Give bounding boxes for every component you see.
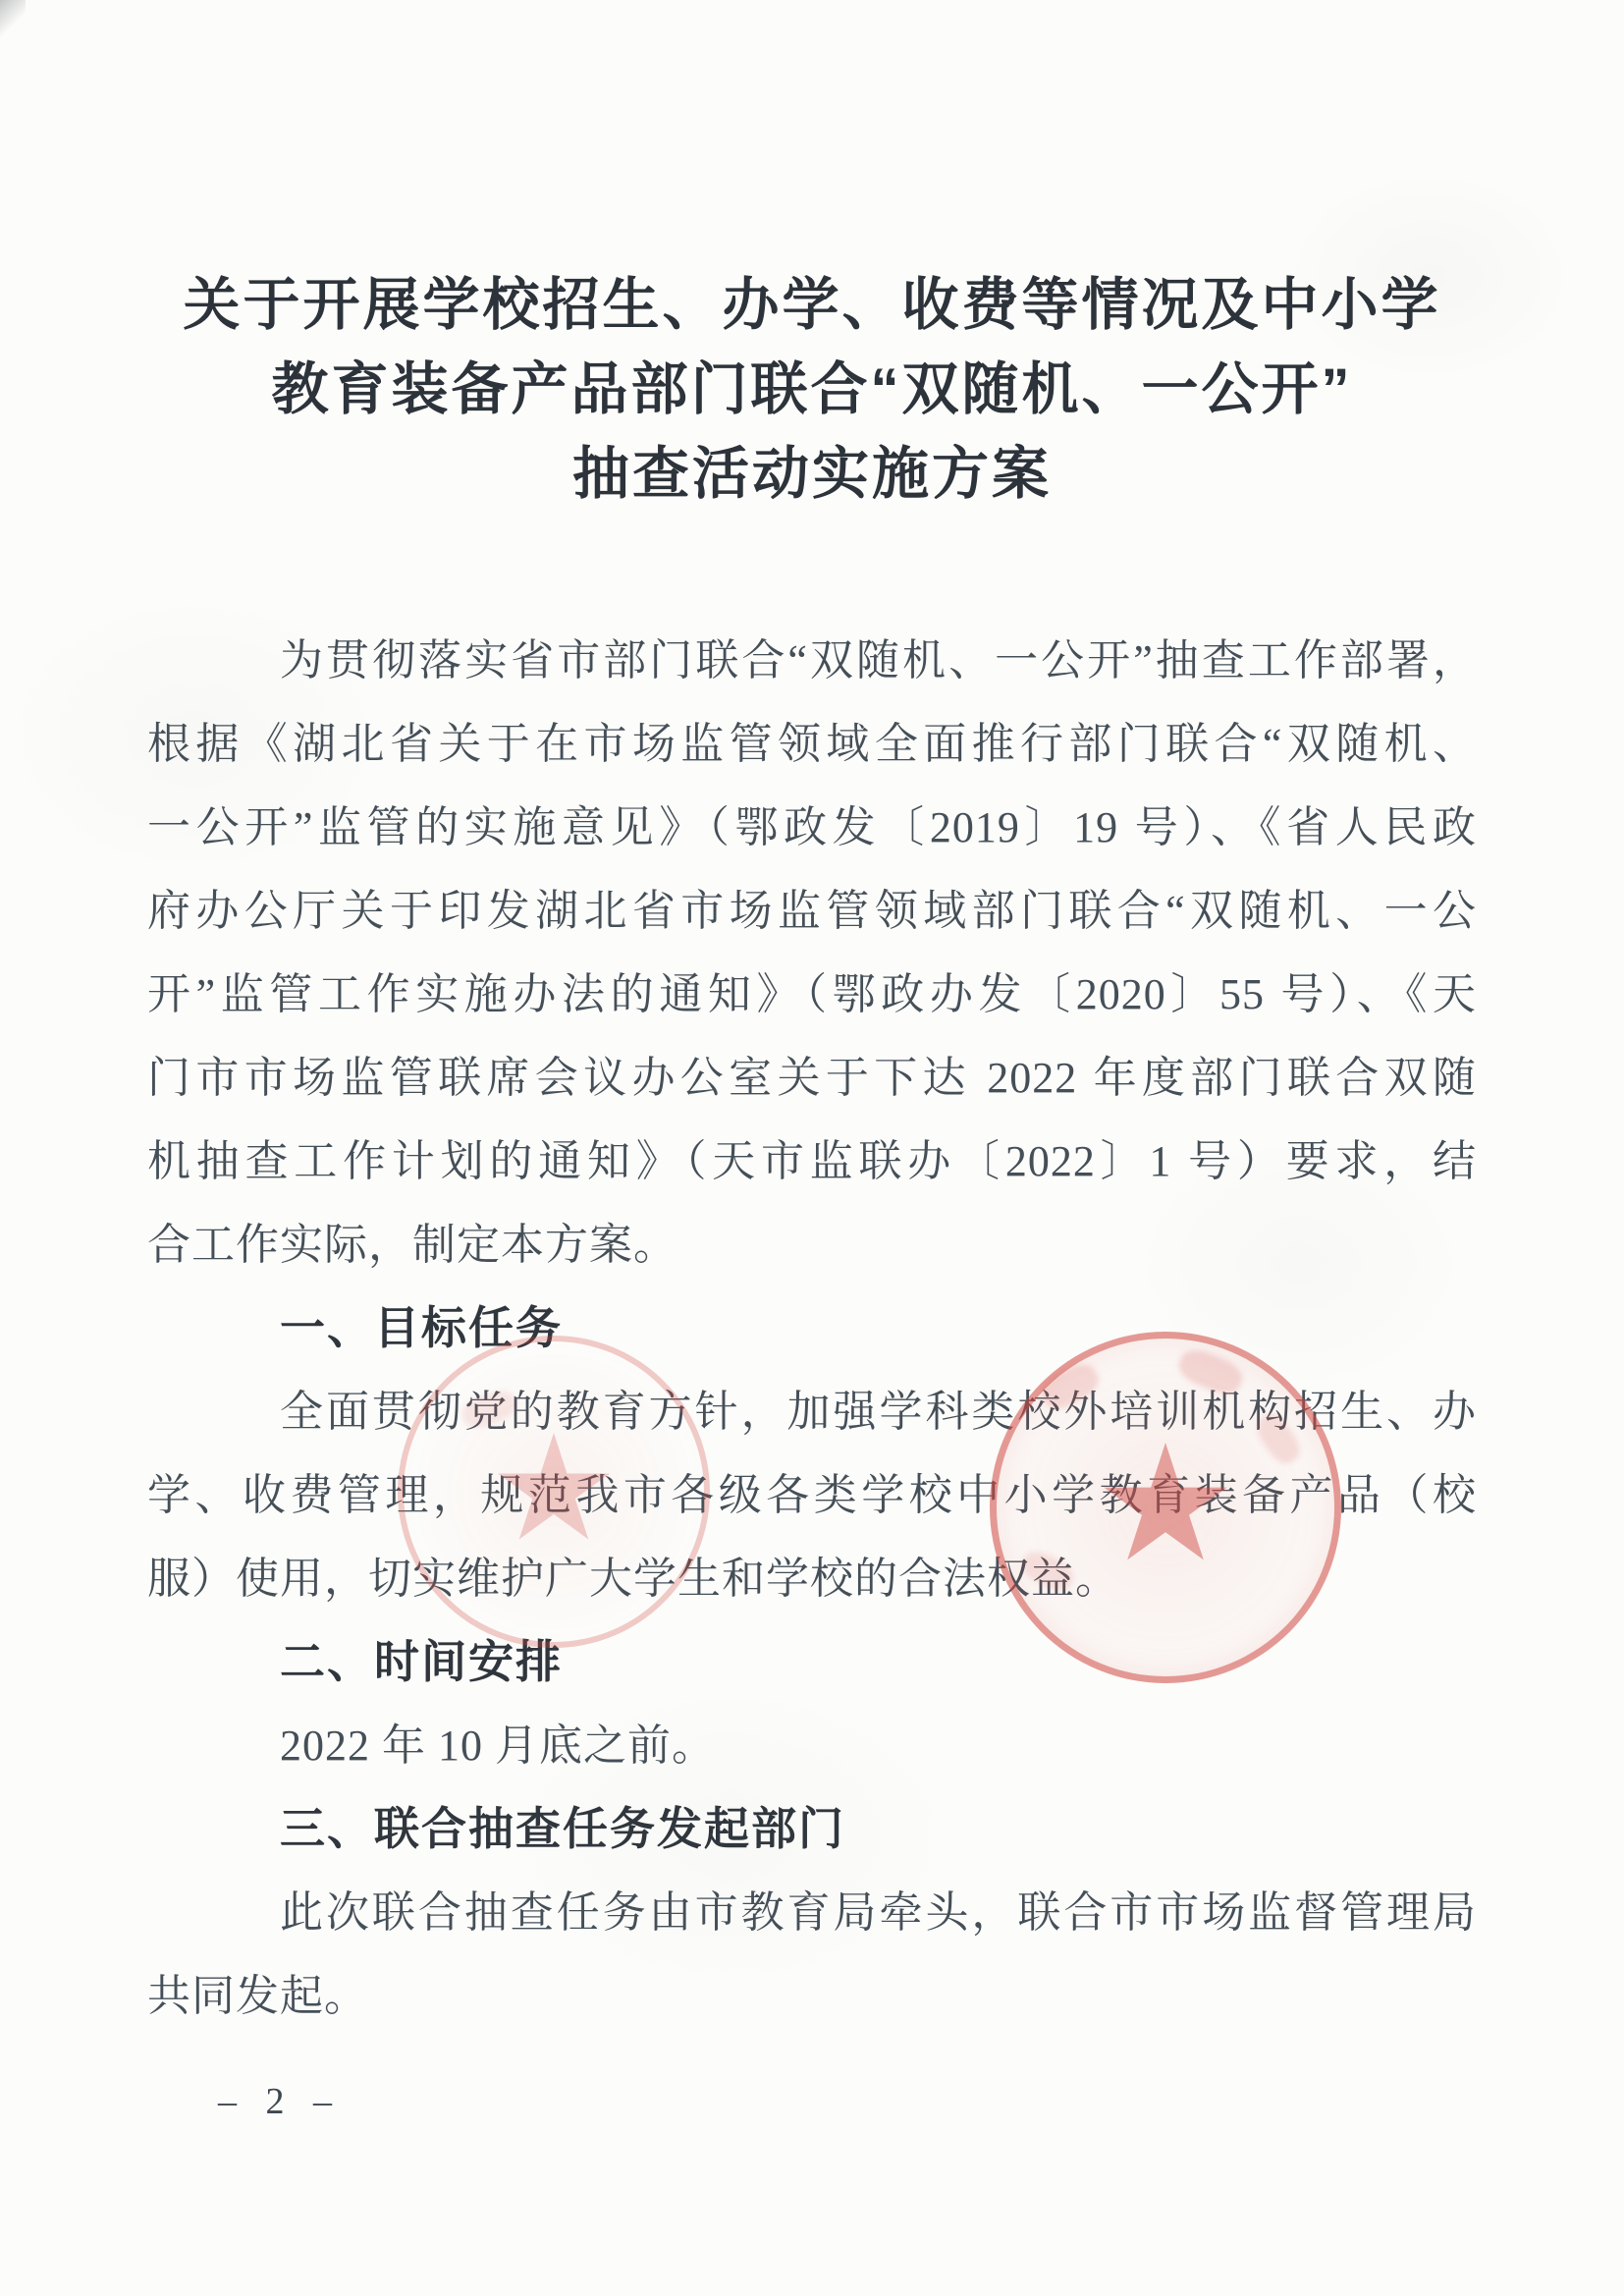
section-3-heading: 三、联合抽查任务发起部门 bbox=[147, 1787, 1477, 1871]
intro-line: 合工作实际，制定本方案。 bbox=[147, 1203, 1477, 1286]
section-3-line: 共同发起。 bbox=[147, 1954, 1477, 2038]
section-1-line: 学、收费管理，规范我市各级各类学校中小学教育装备产品（校 bbox=[147, 1453, 1477, 1537]
document-title: 关于开展学校招生、办学、收费等情况及中小学 教育装备产品部门联合“双随机、一公开… bbox=[79, 263, 1545, 517]
intro-line: 开”监管工作实施办法的通知》（鄂政办发〔2020〕55 号）、《天 bbox=[147, 953, 1477, 1036]
section-2-line: 2022 年 10 月底之前。 bbox=[147, 1704, 1477, 1787]
scan-corner-artifact bbox=[0, 0, 26, 39]
scanned-document-page: 关于开展学校招生、办学、收费等情况及中小学 教育装备产品部门联合“双随机、一公开… bbox=[0, 0, 1624, 2296]
section-1-heading: 一、目标任务 bbox=[147, 1286, 1477, 1370]
title-line-3: 抽查活动实施方案 bbox=[79, 432, 1545, 517]
page-number: – 2 – bbox=[218, 2080, 342, 2123]
intro-line: 一公开”监管的实施意见》（鄂政发〔2019〕19 号）、《省人民政 bbox=[147, 786, 1477, 869]
document-body: 为贯彻落实省市部门联合“双随机、一公开”抽查工作部署， 根据《湖北省关于在市场监… bbox=[147, 619, 1477, 2038]
section-1-line: 服）使用，切实维护广大学生和学校的合法权益。 bbox=[147, 1537, 1477, 1620]
section-2-heading: 二、时间安排 bbox=[147, 1620, 1477, 1704]
intro-line: 根据《湖北省关于在市场监管领域全面推行部门联合“双随机、 bbox=[147, 702, 1477, 786]
intro-line: 机抽查工作计划的通知》（天市监联办〔2022〕1 号）要求，结 bbox=[147, 1120, 1477, 1203]
intro-line: 府办公厅关于印发湖北省市场监管领域部门联合“双随机、一公 bbox=[147, 869, 1477, 953]
section-1-line: 全面贯彻党的教育方针，加强学科类校外培训机构招生、办 bbox=[147, 1370, 1477, 1453]
title-line-1: 关于开展学校招生、办学、收费等情况及中小学 bbox=[79, 263, 1545, 348]
title-line-2: 教育装备产品部门联合“双随机、一公开” bbox=[79, 348, 1545, 432]
section-3-line: 此次联合抽查任务由市教育局牵头，联合市市场监督管理局 bbox=[147, 1871, 1477, 1954]
intro-line: 为贯彻落实省市部门联合“双随机、一公开”抽查工作部署， bbox=[147, 619, 1477, 702]
intro-line: 门市市场监管联席会议办公室关于下达 2022 年度部门联合双随 bbox=[147, 1036, 1477, 1120]
